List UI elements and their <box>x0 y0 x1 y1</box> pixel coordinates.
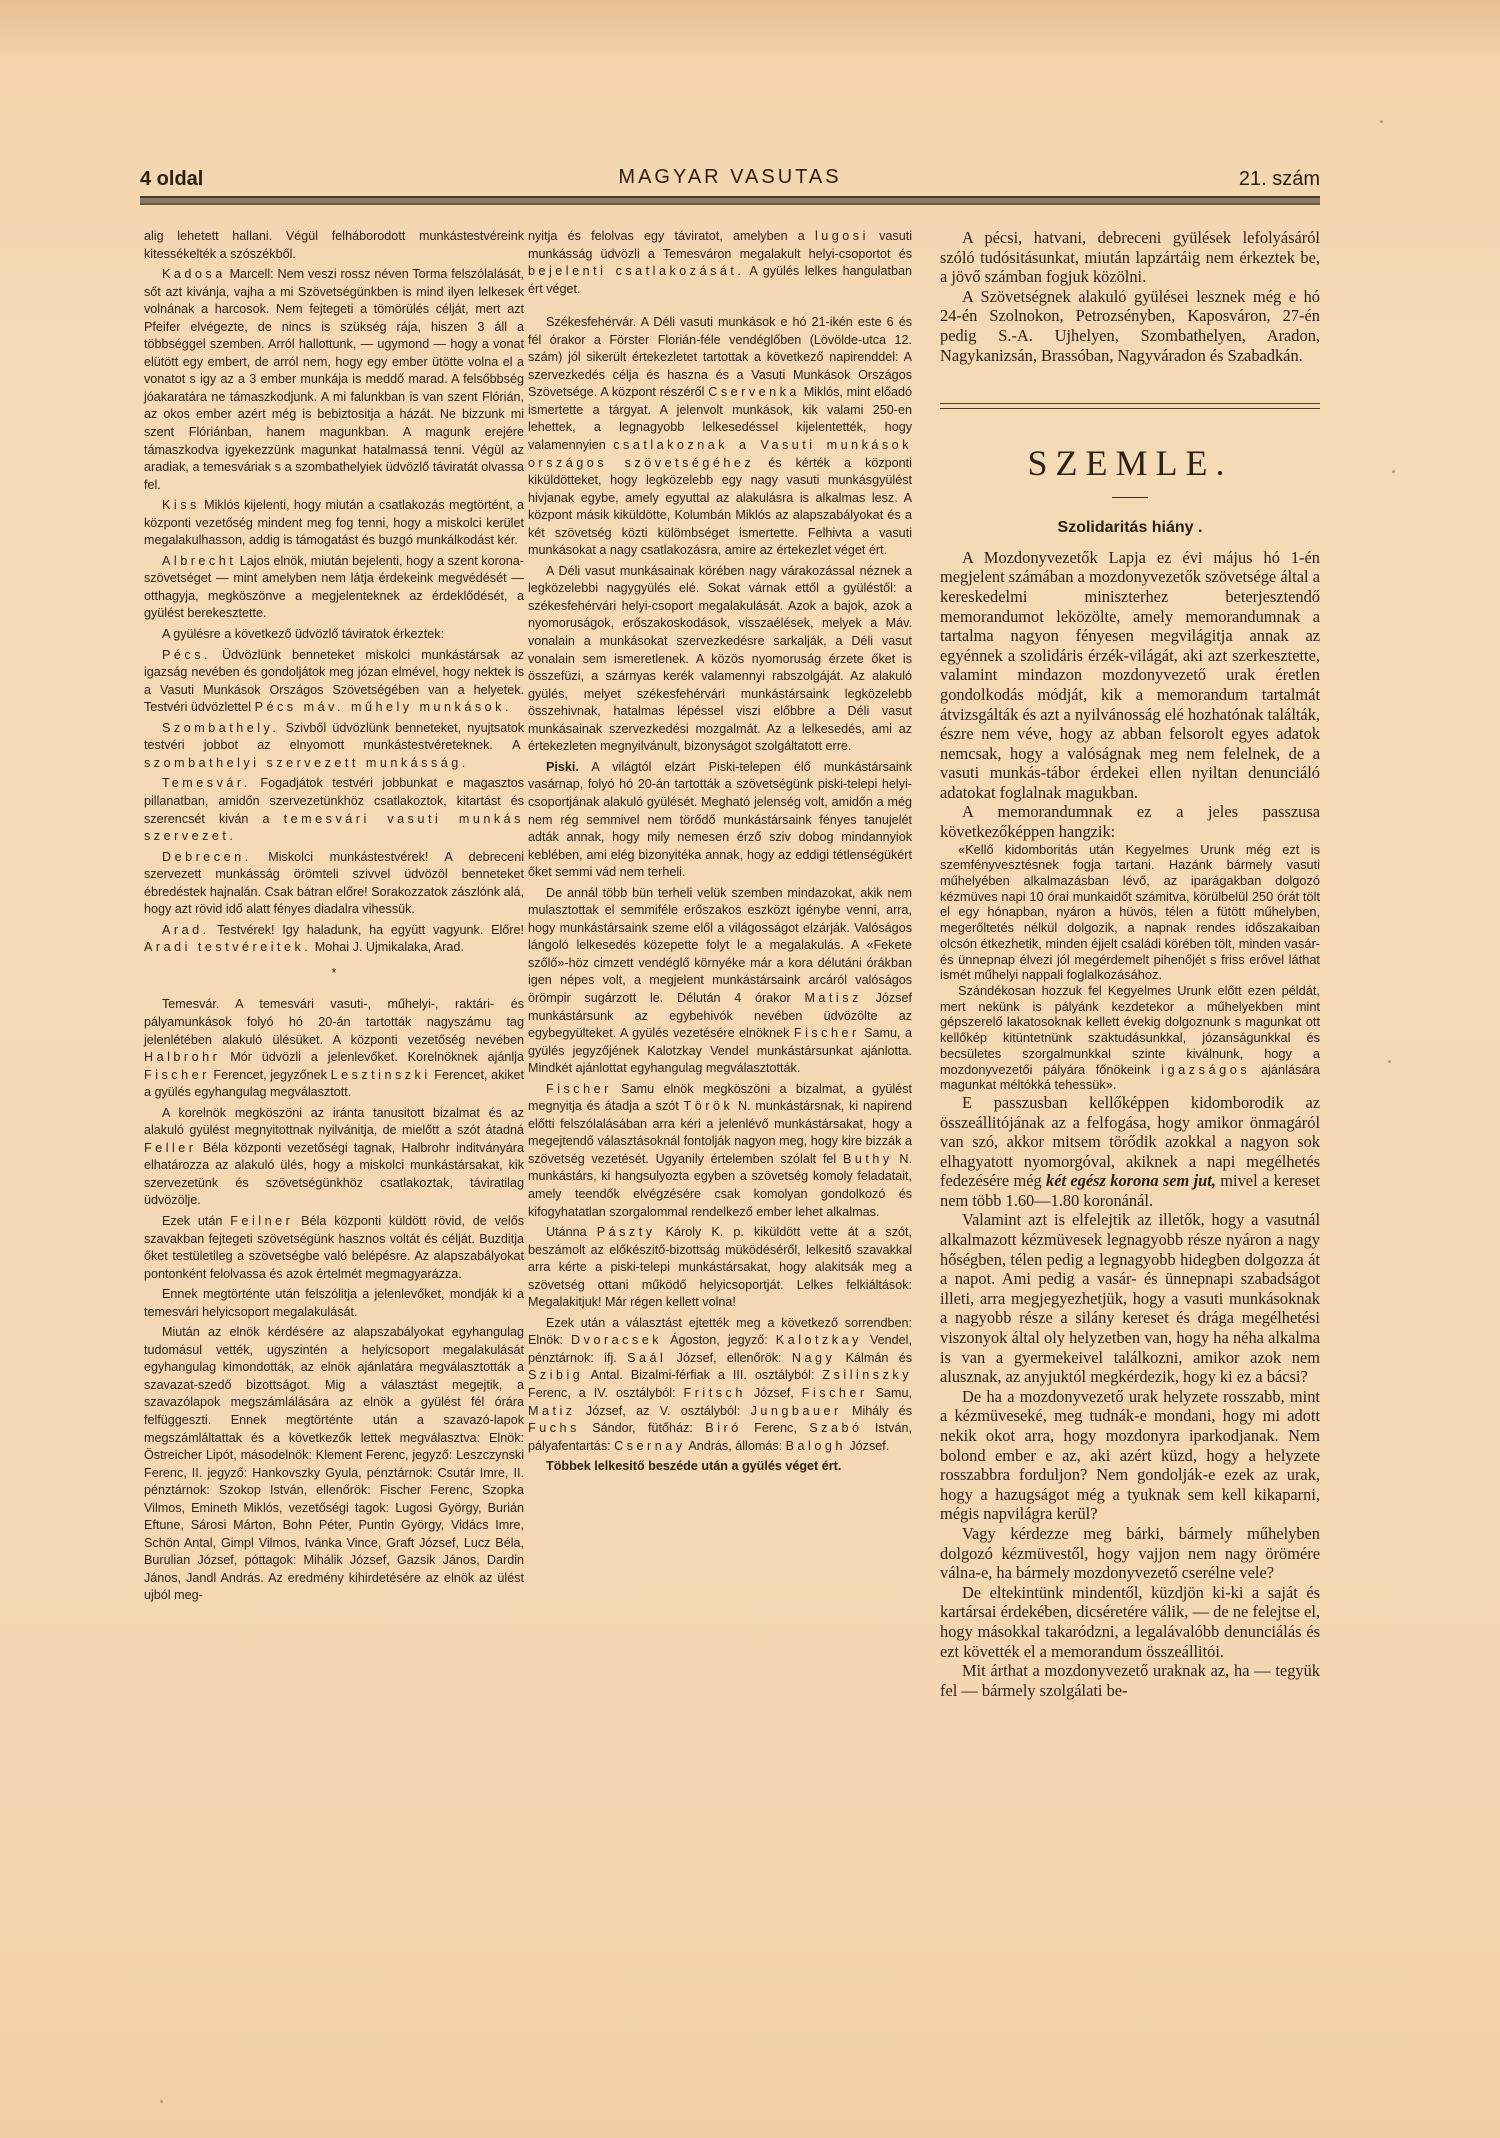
paragraph: Mit árthat a mozdonyvezető uraknak az, h… <box>940 1661 1320 1700</box>
paper-speck <box>1392 470 1395 473</box>
paragraph: Vagy kérdezze meg bárki, bármely műhelyb… <box>940 1524 1320 1583</box>
issue-number: 21. szám <box>1239 168 1320 191</box>
telegram: Temesvár. Fogadjátok testvéri jobbunkat … <box>144 775 524 845</box>
paper-speck <box>1388 1060 1391 1063</box>
telegram: Debrecen. Miskolci munkástestvérek! A de… <box>144 849 524 919</box>
article-title: Szolidaritás hiány . <box>940 518 1320 538</box>
paragraph: Valamint azt is elfelejtik az illetők, h… <box>940 1210 1320 1386</box>
section-divider <box>940 403 1320 409</box>
speaker-name: Kiss <box>162 498 200 512</box>
speaker-name: Albrecht <box>162 554 236 568</box>
paragraph: De ha a mozdonyvezető urak helyzete ross… <box>940 1387 1320 1524</box>
telegram-city: Temesvár. <box>162 776 251 790</box>
paragraph: A korelnök megköszöni az iránta tanusito… <box>144 1105 524 1210</box>
paragraph: Temesvár. A temesvári vasuti-, műhelyi-,… <box>144 996 524 1101</box>
publication-title: MAGYAR VASUTAS <box>140 166 1320 189</box>
telegram: Szombathely. Szivből üdvözlünk benneteke… <box>144 720 524 773</box>
paragraph: A Mozdonyvezetők Lapja ez évi május hó 1… <box>940 548 1320 803</box>
telegram-city: Debrecen. <box>162 850 252 864</box>
title-dash <box>1112 497 1148 498</box>
column-1: alig lehetett hallani. Végül felháborodo… <box>144 228 524 1608</box>
paragraph: nyitja és felolvas egy táviratot, amelyb… <box>528 228 912 298</box>
telegram-city: Szombathely. <box>162 721 279 735</box>
paragraph: Utánna Pászty Károly K. p. kiküldött vet… <box>528 1224 912 1312</box>
paper-speck <box>1380 120 1383 123</box>
paragraph: Albrecht Lajos elnök, miután bejelenti, … <box>144 553 524 623</box>
paragraph: A Déli vasut munkásainak körében nagy vá… <box>528 563 912 756</box>
paragraph: Többek lelkesitő beszéde után a gyülés v… <box>528 1458 912 1476</box>
paragraph: A memorandumnak ez a jeles passzusa köve… <box>940 802 1320 841</box>
paper-speck <box>160 2100 163 2103</box>
column-2: nyitja és felolvas egy táviratot, amelyb… <box>528 228 912 1479</box>
paragraph: Miután az elnök kérdésére az alapszabály… <box>144 1324 524 1605</box>
quoted-passage: «Kellő kidomboritás után Kegyelmes Urunk… <box>940 842 1320 983</box>
paragraph: Piski. A világtól elzárt Piski-telepen é… <box>528 759 912 882</box>
election-results: Ezek után a választást ejtették meg a kö… <box>528 1315 912 1455</box>
page-header: 4 oldal MAGYAR VASUTAS 21. szám <box>140 160 1320 200</box>
paragraph: Ezek után Feilner Béla központi küldött … <box>144 1213 524 1283</box>
section-title: SZEMLE. <box>940 443 1320 483</box>
paragraph: Fischer Samu elnök megköszöni a bizalmat… <box>528 1081 912 1221</box>
report-city: Piski. <box>546 760 579 774</box>
paragraph: A gyülésre a következő üdvözlő táviratok… <box>144 626 524 644</box>
speaker-name: Kadosa <box>162 267 226 281</box>
telegram-signature: Aradi testvéreitek. <box>144 940 311 954</box>
telegram-signature: Pécs máv. műhely munkások. <box>255 700 512 714</box>
telegram: Arad. Testvérek! Igy haladunk, ha együtt… <box>144 922 524 957</box>
header-rule <box>140 196 1320 205</box>
paragraph: De annál több bün terheli velük szemben … <box>528 885 912 1078</box>
paragraph: A Szövetségnek alakuló gyülései lesznek … <box>940 287 1320 365</box>
telegram: Pécs. Üdvözlünk benneteket miskolci munk… <box>144 647 524 717</box>
paragraph: Ennek megtörténte után felszólitja a jel… <box>144 1286 524 1321</box>
paragraph: Székesfehérvár. A Déli vasuti munkások e… <box>528 314 912 560</box>
paragraph: De eltekintünk mindentől, küzdjön ki-ki … <box>940 1583 1320 1661</box>
column-3: A pécsi, hatvani, debreceni gyülések lef… <box>940 228 1320 1700</box>
telegram-city: Pécs. <box>162 648 211 662</box>
quoted-passage: Szándékosan hozzuk fel Kegyelmes Urunk e… <box>940 983 1320 1093</box>
paragraph: Kadosa Marcell: Nem veszi rossz néven To… <box>144 266 524 494</box>
paragraph: E passzusban kellőképpen kidomborodik az… <box>940 1093 1320 1211</box>
emphasis: két egész korona sem jut, <box>1046 1171 1216 1190</box>
telegram-city: Arad. <box>162 923 210 937</box>
paragraph: Kiss Miklós kijelenti, hogy miután a csa… <box>144 497 524 550</box>
paragraph: alig lehetett hallani. Végül felháborodo… <box>144 228 524 263</box>
paragraph: A pécsi, hatvani, debreceni gyülések lef… <box>940 228 1320 287</box>
separator-star: * <box>144 965 524 983</box>
report-city: Temesvár. <box>162 997 219 1011</box>
report-city: Székesfehérvár. <box>546 315 636 329</box>
